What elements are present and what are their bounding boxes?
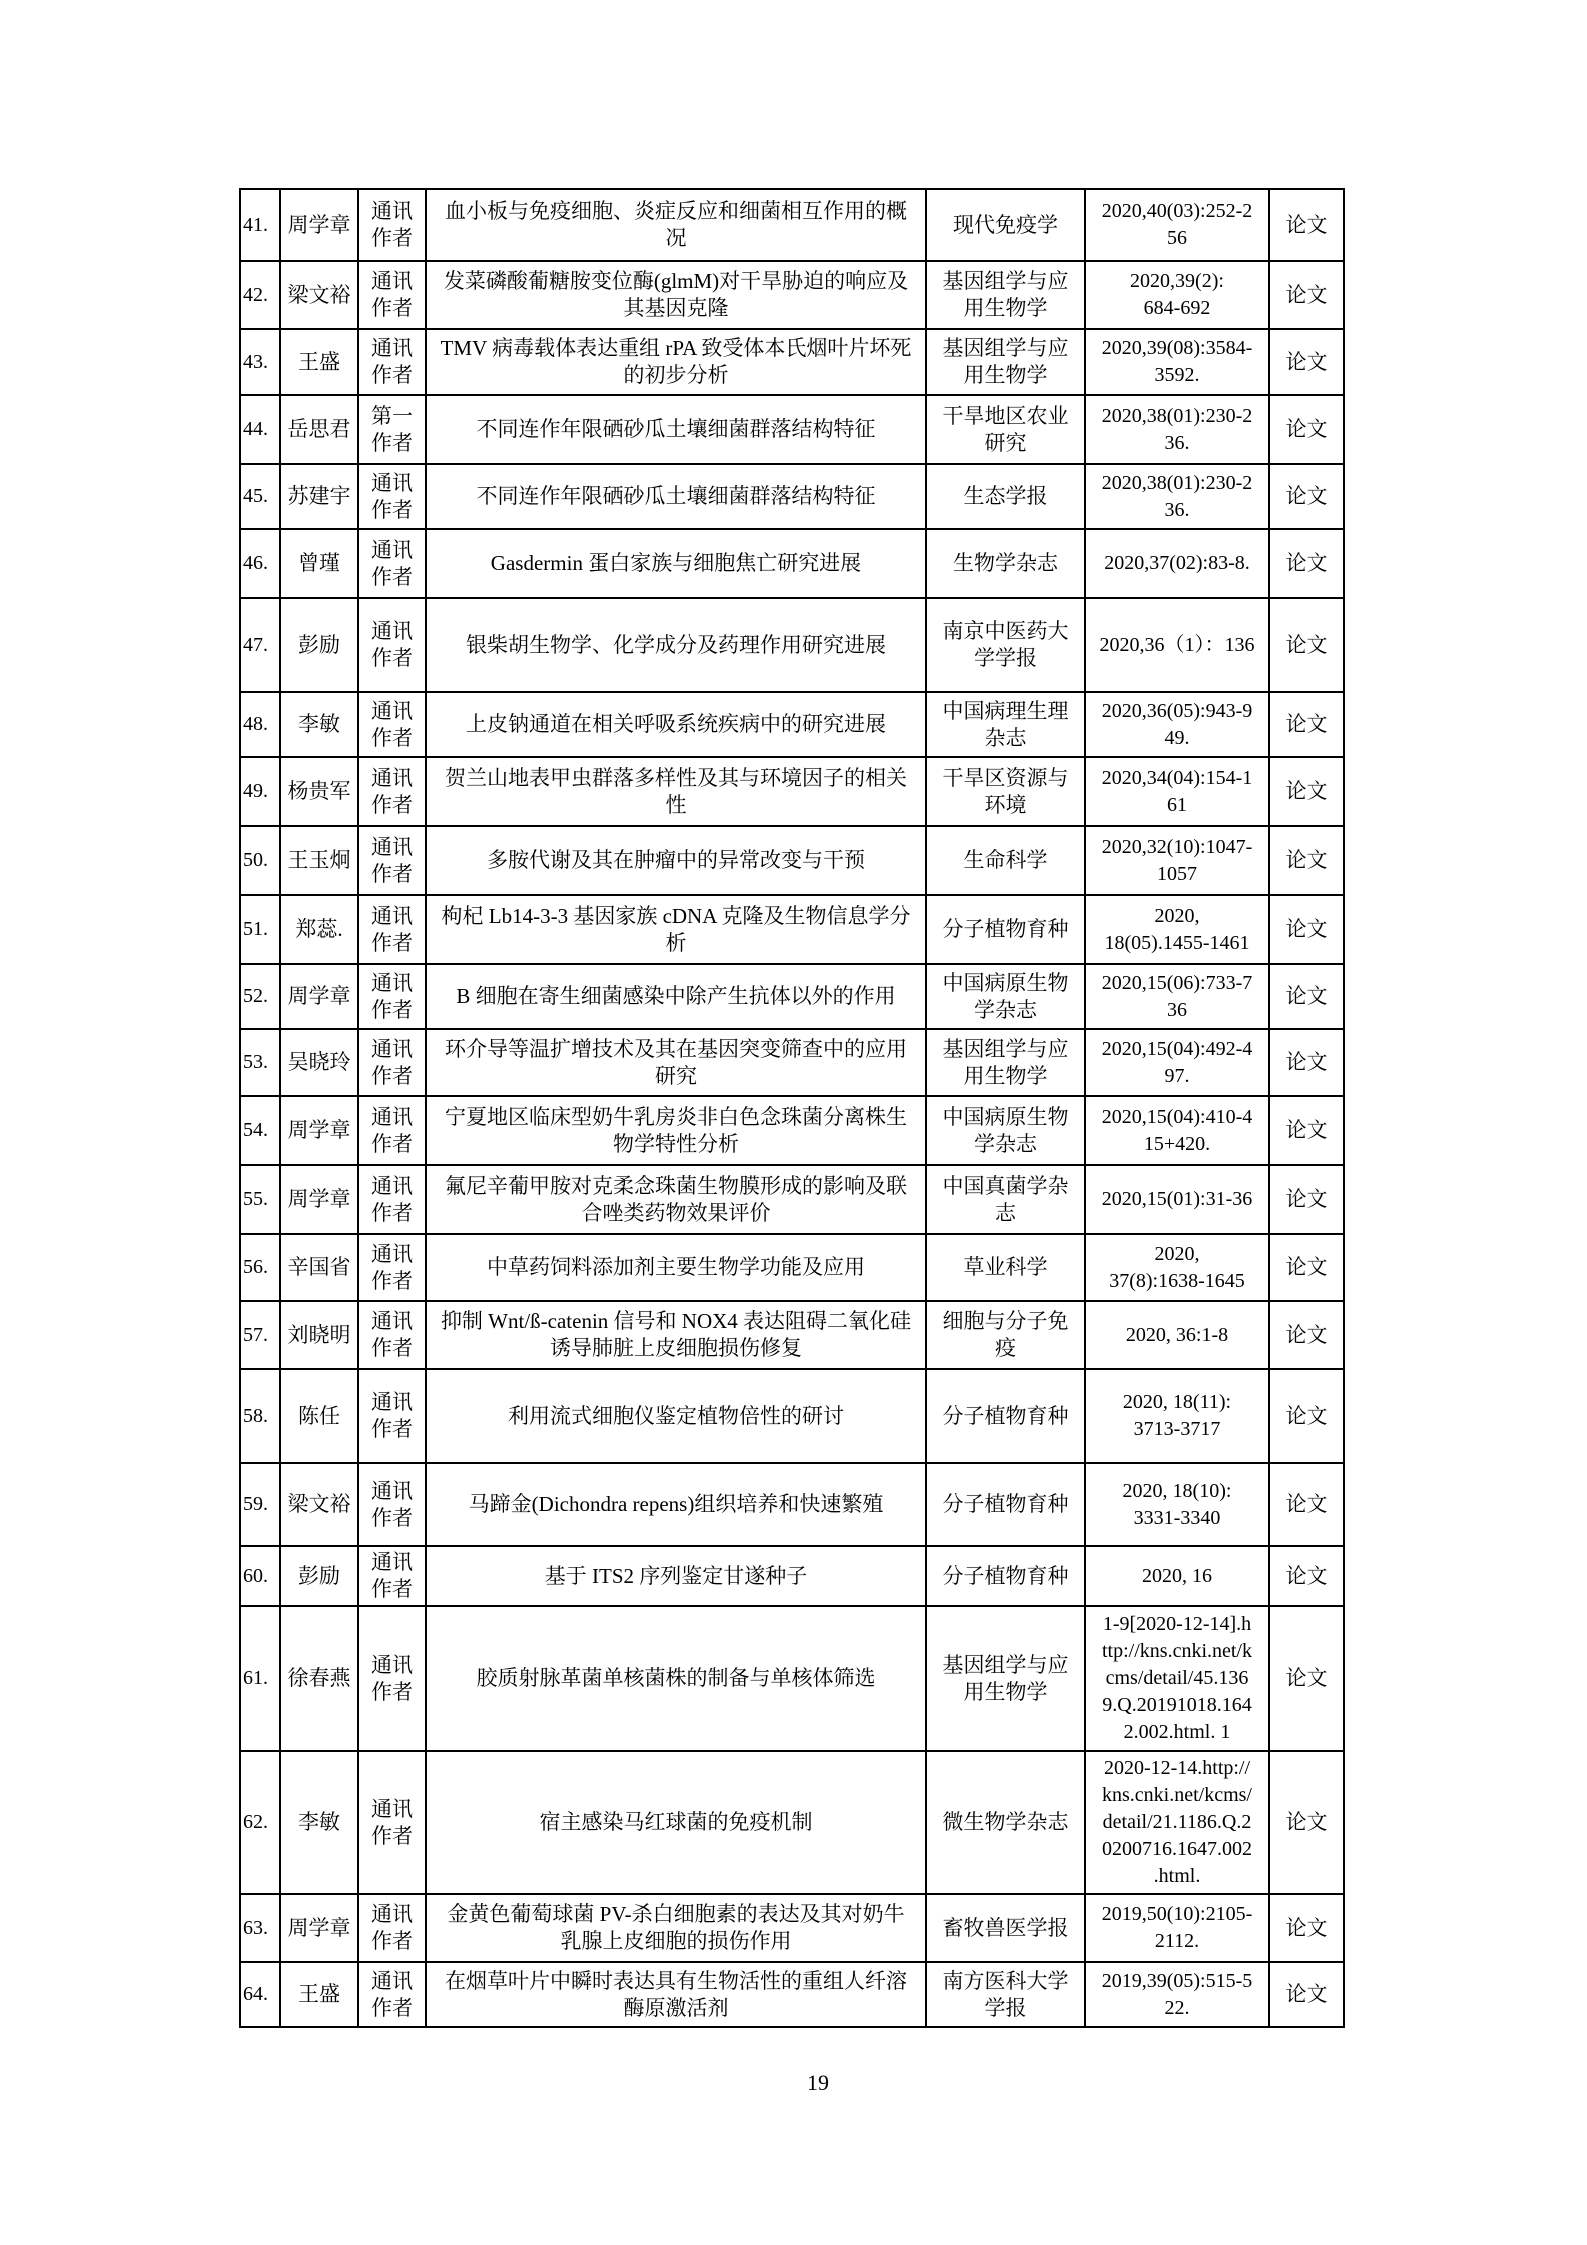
paper-title-cell: 基于 ITS2 序列鉴定甘遂种子 [426,1546,926,1606]
paper-title-cell: 贺兰山地表甲虫群落多样性及其与环境因子的相关性 [426,757,926,826]
publication-row: 64. 王盛 通讯作者 在烟草叶片中瞬时表达具有生物活性的重组人纤溶酶原激活剂 … [240,1962,1344,2027]
publication-row: 60. 彭励 通讯作者 基于 ITS2 序列鉴定甘遂种子 分子植物育种 2020… [240,1546,1344,1606]
publication-row: 55. 周学章 通讯作者 氟尼辛葡甲胺对克柔念珠菌生物膜形成的影响及联合唑类药物… [240,1165,1344,1234]
publication-row: 48. 李敏 通讯作者 上皮钠通道在相关呼吸系统疾病中的研究进展 中国病理生理杂… [240,692,1344,757]
publication-row: 51. 郑蕊. 通讯作者 枸杞 Lb14-3-3 基因家族 cDNA 克隆及生物… [240,895,1344,964]
author-cell: 辛国省 [280,1234,358,1301]
journal-cell: 干旱区资源与环境 [926,757,1085,826]
volume-pages-cell: 2020,15(04):410-4 15+420. [1085,1096,1269,1165]
row-number-cell: 60. [240,1546,280,1606]
author-role-cell: 通讯作者 [358,1301,426,1369]
publication-type-cell: 论文 [1269,1894,1344,1962]
author-role-cell: 通讯作者 [358,464,426,529]
journal-cell: 基因组学与应用生物学 [926,261,1085,329]
row-number-cell: 42. [240,261,280,329]
row-number-cell: 63. [240,1894,280,1962]
author-cell: 梁文裕 [280,261,358,329]
publication-type-cell: 论文 [1269,895,1344,964]
journal-cell: 中国病原生物学杂志 [926,964,1085,1029]
volume-pages-cell: 2020,34(04):154-1 61 [1085,757,1269,826]
author-cell: 刘晓明 [280,1301,358,1369]
journal-cell: 分子植物育种 [926,895,1085,964]
author-role-cell: 通讯作者 [358,329,426,395]
author-role-cell: 通讯作者 [358,189,426,261]
row-number-cell: 62. [240,1751,280,1894]
paper-title-cell: 银柴胡生物学、化学成分及药理作用研究进展 [426,598,926,692]
author-role-cell: 通讯作者 [358,529,426,598]
author-role-cell: 通讯作者 [358,895,426,964]
author-role-cell: 通讯作者 [358,692,426,757]
journal-cell: 生物学杂志 [926,529,1085,598]
volume-pages-cell: 2020,36（1）：136 [1085,598,1269,692]
author-cell: 周学章 [280,964,358,1029]
author-role-cell: 通讯作者 [358,826,426,895]
row-number-cell: 47. [240,598,280,692]
author-cell: 王盛 [280,1962,358,2027]
publication-row: 62. 李敏 通讯作者 宿主感染马红球菌的免疫机制 微生物学杂志 2020-12… [240,1751,1344,1894]
row-number-cell: 45. [240,464,280,529]
volume-pages-cell: 2020,36(05):943-9 49. [1085,692,1269,757]
publication-row: 45. 苏建宇 通讯作者 不同连作年限硒砂瓜土壤细菌群落结构特征 生态学报 20… [240,464,1344,529]
publication-type-cell: 论文 [1269,964,1344,1029]
journal-cell: 细胞与分子免疫 [926,1301,1085,1369]
row-number-cell: 49. [240,757,280,826]
paper-title-cell: 马蹄金(Dichondra repens)组织培养和快速繁殖 [426,1463,926,1546]
journal-cell: 现代免疫学 [926,189,1085,261]
author-cell: 彭励 [280,1546,358,1606]
publication-type-cell: 论文 [1269,189,1344,261]
publication-row: 43. 王盛 通讯作者 TMV 病毒载体表达重组 rPA 致受体本氏烟叶片坏死的… [240,329,1344,395]
author-role-cell: 通讯作者 [358,598,426,692]
publication-row: 49. 杨贵军 通讯作者 贺兰山地表甲虫群落多样性及其与环境因子的相关性 干旱区… [240,757,1344,826]
volume-pages-cell: 2020,15(06):733-7 36 [1085,964,1269,1029]
publication-type-cell: 论文 [1269,826,1344,895]
row-number-cell: 58. [240,1369,280,1463]
publication-type-cell: 论文 [1269,529,1344,598]
journal-cell: 基因组学与应用生物学 [926,329,1085,395]
paper-title-cell: 环介导等温扩增技术及其在基因突变筛查中的应用研究 [426,1029,926,1096]
journal-cell: 中国病原生物学杂志 [926,1096,1085,1165]
author-role-cell: 通讯作者 [358,964,426,1029]
volume-pages-cell: 1-9[2020-12-14].h ttp://kns.cnki.net/k c… [1085,1606,1269,1751]
publication-row: 63. 周学章 通讯作者 金黄色葡萄球菌 PV-杀白细胞素的表达及其对奶牛乳腺上… [240,1894,1344,1962]
author-cell: 王盛 [280,329,358,395]
author-role-cell: 第一作者 [358,395,426,464]
publication-type-cell: 论文 [1269,1234,1344,1301]
publication-row: 41. 周学章 通讯作者 血小板与免疫细胞、炎症反应和细菌相互作用的概况 现代免… [240,189,1344,261]
paper-title-cell: 抑制 Wnt/ß-catenin 信号和 NOX4 表达阻碍二氧化硅诱导肺脏上皮… [426,1301,926,1369]
paper-title-cell: 胶质射脉革菌单核菌株的制备与单核体筛选 [426,1606,926,1751]
author-role-cell: 通讯作者 [358,1962,426,2027]
row-number-cell: 55. [240,1165,280,1234]
volume-pages-cell: 2020, 16 [1085,1546,1269,1606]
author-role-cell: 通讯作者 [358,1751,426,1894]
publication-type-cell: 论文 [1269,1301,1344,1369]
row-number-cell: 52. [240,964,280,1029]
paper-title-cell: 多胺代谢及其在肿瘤中的异常改变与干预 [426,826,926,895]
row-number-cell: 46. [240,529,280,598]
row-number-cell: 41. [240,189,280,261]
journal-cell: 生态学报 [926,464,1085,529]
journal-cell: 分子植物育种 [926,1369,1085,1463]
publication-type-cell: 论文 [1269,692,1344,757]
author-cell: 陈任 [280,1369,358,1463]
row-number-cell: 64. [240,1962,280,2027]
volume-pages-cell: 2020, 18(11): 3713-3717 [1085,1369,1269,1463]
publication-type-cell: 论文 [1269,1463,1344,1546]
publication-type-cell: 论文 [1269,1546,1344,1606]
journal-cell: 微生物学杂志 [926,1751,1085,1894]
row-number-cell: 56. [240,1234,280,1301]
author-cell: 周学章 [280,1165,358,1234]
paper-title-cell: 上皮钠通道在相关呼吸系统疾病中的研究进展 [426,692,926,757]
volume-pages-cell: 2020,37(02):83-8. [1085,529,1269,598]
paper-title-cell: Gasdermin 蛋白家族与细胞焦亡研究进展 [426,529,926,598]
row-number-cell: 43. [240,329,280,395]
author-cell: 郑蕊. [280,895,358,964]
publication-row: 52. 周学章 通讯作者 B 细胞在寄生细菌感染中除产生抗体以外的作用 中国病原… [240,964,1344,1029]
author-cell: 岳思君 [280,395,358,464]
author-role-cell: 通讯作者 [358,757,426,826]
volume-pages-cell: 2020,15(04):492-4 97. [1085,1029,1269,1096]
row-number-cell: 51. [240,895,280,964]
publication-row: 61. 徐春燕 通讯作者 胶质射脉革菌单核菌株的制备与单核体筛选 基因组学与应用… [240,1606,1344,1751]
paper-title-cell: 中草药饲料添加剂主要生物学功能及应用 [426,1234,926,1301]
publication-type-cell: 论文 [1269,329,1344,395]
paper-title-cell: 宁夏地区临床型奶牛乳房炎非白色念珠菌分离株生物学特性分析 [426,1096,926,1165]
paper-title-cell: TMV 病毒载体表达重组 rPA 致受体本氏烟叶片坏死的初步分析 [426,329,926,395]
volume-pages-cell: 2020,32(10):1047- 1057 [1085,826,1269,895]
volume-pages-cell: 2020, 18(05).1455-1461 [1085,895,1269,964]
paper-title-cell: 宿主感染马红球菌的免疫机制 [426,1751,926,1894]
author-cell: 吴晓玲 [280,1029,358,1096]
author-role-cell: 通讯作者 [358,1029,426,1096]
paper-title-cell: 发菜磷酸葡糖胺变位酶(glmM)对干旱胁迫的响应及其基因克隆 [426,261,926,329]
publication-type-cell: 论文 [1269,598,1344,692]
volume-pages-cell: 2020,15(01):31-36 [1085,1165,1269,1234]
author-cell: 李敏 [280,1751,358,1894]
paper-title-cell: 不同连作年限硒砂瓜土壤细菌群落结构特征 [426,395,926,464]
journal-cell: 分子植物育种 [926,1546,1085,1606]
author-role-cell: 通讯作者 [358,1894,426,1962]
journal-cell: 中国真菌学杂志 [926,1165,1085,1234]
publication-row: 47. 彭励 通讯作者 银柴胡生物学、化学成分及药理作用研究进展 南京中医药大学… [240,598,1344,692]
publication-row: 44. 岳思君 第一作者 不同连作年限硒砂瓜土壤细菌群落结构特征 干旱地区农业研… [240,395,1344,464]
publication-type-cell: 论文 [1269,1096,1344,1165]
author-cell: 李敏 [280,692,358,757]
publications-table: 41. 周学章 通讯作者 血小板与免疫细胞、炎症反应和细菌相互作用的概况 现代免… [239,188,1345,2028]
author-cell: 曾瑾 [280,529,358,598]
paper-title-cell: 氟尼辛葡甲胺对克柔念珠菌生物膜形成的影响及联合唑类药物效果评价 [426,1165,926,1234]
volume-pages-cell: 2020,40(03):252-2 56 [1085,189,1269,261]
publication-row: 53. 吴晓玲 通讯作者 环介导等温扩增技术及其在基因突变筛查中的应用研究 基因… [240,1029,1344,1096]
publication-row: 58. 陈任 通讯作者 利用流式细胞仪鉴定植物倍性的研讨 分子植物育种 2020… [240,1369,1344,1463]
author-cell: 周学章 [280,189,358,261]
row-number-cell: 57. [240,1301,280,1369]
volume-pages-cell: 2019,39(05):515-5 22. [1085,1962,1269,2027]
publication-type-cell: 论文 [1269,1165,1344,1234]
volume-pages-cell: 2019,50(10):2105- 2112. [1085,1894,1269,1962]
publication-type-cell: 论文 [1269,1606,1344,1751]
volume-pages-cell: 2020, 37(8):1638-1645 [1085,1234,1269,1301]
author-cell: 周学章 [280,1096,358,1165]
publication-type-cell: 论文 [1269,1751,1344,1894]
journal-cell: 南方医科大学学报 [926,1962,1085,2027]
volume-pages-cell: 2020,39(2): 684-692 [1085,261,1269,329]
volume-pages-cell: 2020,39(08):3584- 3592. [1085,329,1269,395]
publication-row: 50. 王玉炯 通讯作者 多胺代谢及其在肿瘤中的异常改变与干预 生命科学 202… [240,826,1344,895]
paper-title-cell: 金黄色葡萄球菌 PV-杀白细胞素的表达及其对奶牛乳腺上皮细胞的损伤作用 [426,1894,926,1962]
paper-title-cell: 血小板与免疫细胞、炎症反应和细菌相互作用的概况 [426,189,926,261]
author-role-cell: 通讯作者 [358,1463,426,1546]
author-cell: 苏建宇 [280,464,358,529]
journal-cell: 南京中医药大学学报 [926,598,1085,692]
author-role-cell: 通讯作者 [358,1165,426,1234]
journal-cell: 中国病理生理杂志 [926,692,1085,757]
journal-cell: 畜牧兽医学报 [926,1894,1085,1962]
author-role-cell: 通讯作者 [358,1546,426,1606]
publication-row: 56. 辛国省 通讯作者 中草药饲料添加剂主要生物学功能及应用 草业科学 202… [240,1234,1344,1301]
row-number-cell: 50. [240,826,280,895]
paper-title-cell: 不同连作年限硒砂瓜土壤细菌群落结构特征 [426,464,926,529]
row-number-cell: 61. [240,1606,280,1751]
page-number: 19 [266,2068,1370,2098]
publication-type-cell: 论文 [1269,261,1344,329]
volume-pages-cell: 2020,38(01):230-2 36. [1085,464,1269,529]
row-number-cell: 44. [240,395,280,464]
publication-type-cell: 论文 [1269,1369,1344,1463]
author-cell: 梁文裕 [280,1463,358,1546]
volume-pages-cell: 2020, 18(10): 3331-3340 [1085,1463,1269,1546]
volume-pages-cell: 2020-12-14.http:// kns.cnki.net/kcms/ de… [1085,1751,1269,1894]
row-number-cell: 59. [240,1463,280,1546]
author-role-cell: 通讯作者 [358,261,426,329]
row-number-cell: 53. [240,1029,280,1096]
paper-title-cell: 利用流式细胞仪鉴定植物倍性的研讨 [426,1369,926,1463]
publication-row: 59. 梁文裕 通讯作者 马蹄金(Dichondra repens)组织培养和快… [240,1463,1344,1546]
journal-cell: 基因组学与应用生物学 [926,1029,1085,1096]
publication-type-cell: 论文 [1269,1962,1344,2027]
author-cell: 王玉炯 [280,826,358,895]
publication-row: 46. 曾瑾 通讯作者 Gasdermin 蛋白家族与细胞焦亡研究进展 生物学杂… [240,529,1344,598]
author-role-cell: 通讯作者 [358,1369,426,1463]
author-cell: 周学章 [280,1894,358,1962]
author-role-cell: 通讯作者 [358,1234,426,1301]
publication-type-cell: 论文 [1269,395,1344,464]
author-cell: 杨贵军 [280,757,358,826]
publication-type-cell: 论文 [1269,757,1344,826]
publication-row: 42. 梁文裕 通讯作者 发菜磷酸葡糖胺变位酶(glmM)对干旱胁迫的响应及其基… [240,261,1344,329]
journal-cell: 生命科学 [926,826,1085,895]
journal-cell: 干旱地区农业研究 [926,395,1085,464]
journal-cell: 基因组学与应用生物学 [926,1606,1085,1751]
volume-pages-cell: 2020,38(01):230-2 36. [1085,395,1269,464]
row-number-cell: 48. [240,692,280,757]
paper-title-cell: 在烟草叶片中瞬时表达具有生物活性的重组人纤溶酶原激活剂 [426,1962,926,2027]
publication-row: 57. 刘晓明 通讯作者 抑制 Wnt/ß-catenin 信号和 NOX4 表… [240,1301,1344,1369]
paper-title-cell: B 细胞在寄生细菌感染中除产生抗体以外的作用 [426,964,926,1029]
volume-pages-cell: 2020, 36:1-8 [1085,1301,1269,1369]
author-cell: 彭励 [280,598,358,692]
author-role-cell: 通讯作者 [358,1606,426,1751]
author-cell: 徐春燕 [280,1606,358,1751]
journal-cell: 草业科学 [926,1234,1085,1301]
journal-cell: 分子植物育种 [926,1463,1085,1546]
publication-type-cell: 论文 [1269,464,1344,529]
publication-type-cell: 论文 [1269,1029,1344,1096]
author-role-cell: 通讯作者 [358,1096,426,1165]
row-number-cell: 54. [240,1096,280,1165]
publication-row: 54. 周学章 通讯作者 宁夏地区临床型奶牛乳房炎非白色念珠菌分离株生物学特性分… [240,1096,1344,1165]
paper-title-cell: 枸杞 Lb14-3-3 基因家族 cDNA 克隆及生物信息学分析 [426,895,926,964]
